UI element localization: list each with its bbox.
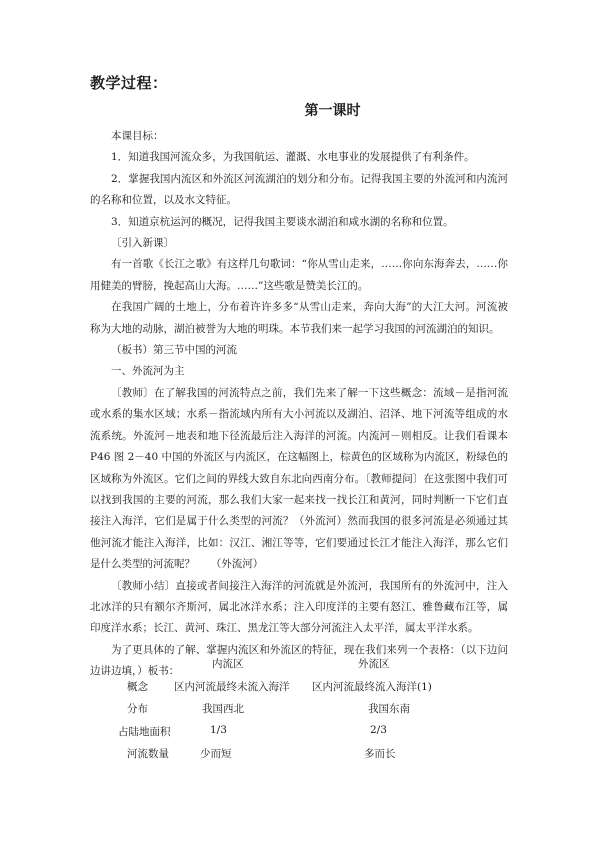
paragraph-teacher-concepts: 〔教师〕在了解我国的河流特点之前，我们先来了解一下这些概念：流域－是指河流或水系…	[90, 383, 508, 576]
table-cell-outflow: 区内河流最终流入海洋(1)	[312, 679, 432, 694]
comparison-table: 内流区 外流区 概念 区内河流最终未流入海洋 区内河流最终流入海洋(1) 分布 …	[100, 656, 500, 769]
table-header-outflow: 外流区	[358, 656, 390, 671]
table-cell-inland: 我国西北	[202, 701, 244, 716]
paragraph-board-title: （板书）第三节中国的河流	[90, 340, 508, 361]
section-heading: 教学过程：	[90, 72, 168, 93]
table-header-inland: 内流区	[212, 656, 244, 671]
paragraph-song: 有一首歌《长江之歌》有这样几句歌词：“你从雪山走来，……你向东海奔去，……你用健…	[90, 254, 508, 297]
table-row: 概念 区内河流最终未流入海洋 区内河流最终流入海洋(1)	[100, 679, 500, 702]
table-row: 河流数量 少而短 多而长	[100, 746, 500, 769]
table-cell-outflow: 我国东南	[368, 701, 410, 716]
table-row-label: 河流数量	[127, 746, 169, 761]
table-row-label: 概念	[127, 679, 148, 694]
paragraph-objective-1: 1．知道我国河流众多，为我国航运、灌溉、水电事业的发展提供了有利条件。	[90, 147, 508, 168]
table-row-label: 占陆地面积	[118, 724, 171, 739]
paragraph-teacher-summary: 〔教师小结〕直接或者间接注入海洋的河流就是外流河，我国所有的外流河中，注入北冰洋…	[90, 576, 508, 640]
table-row: 占陆地面积 1/3 2/3	[100, 724, 500, 747]
table-row-label: 分布	[127, 701, 148, 716]
table-cell-inland: 少而短	[200, 746, 232, 761]
paragraph-rivers-intro: 在我国广阔的土地上，分布着许许多多“从雪山走来，奔向大海”的大江大河。河流被称为…	[90, 297, 508, 340]
table-cell-outflow: 2/3	[370, 724, 387, 736]
table-cell-inland: 区内河流最终未流入海洋	[174, 679, 290, 694]
paragraph-objective-2: 2．掌握我国内流区和外流区河流湖泊的划分和分布。记得我国主要的外流河和内流河的名…	[90, 169, 508, 212]
paragraph-objective-3: 3．知道京杭运河的概况，记得我国主要谈水湖泊和咸水湖的名称和位置。	[90, 212, 508, 233]
table-row: 分布 我国西北 我国东南	[100, 701, 500, 724]
table-header-row: 内流区 外流区	[100, 656, 500, 679]
lesson-title: 第一课时	[0, 100, 595, 120]
table-cell-outflow: 多而长	[364, 746, 396, 761]
paragraph-objectives-label: 本课目标：	[90, 126, 508, 147]
document-page: 教学过程： 第一课时 本课目标： 1．知道我国河流众多，为我国航运、灌溉、水电事…	[0, 0, 595, 842]
paragraph-intro-label: 〔引入新课〕	[90, 233, 508, 254]
paragraph-section-one: 一、外流河为主	[90, 361, 508, 382]
body-text: 本课目标： 1．知道我国河流众多，为我国航运、灌溉、水电事业的发展提供了有利条件…	[90, 126, 508, 683]
table-cell-inland: 1/3	[210, 724, 227, 736]
